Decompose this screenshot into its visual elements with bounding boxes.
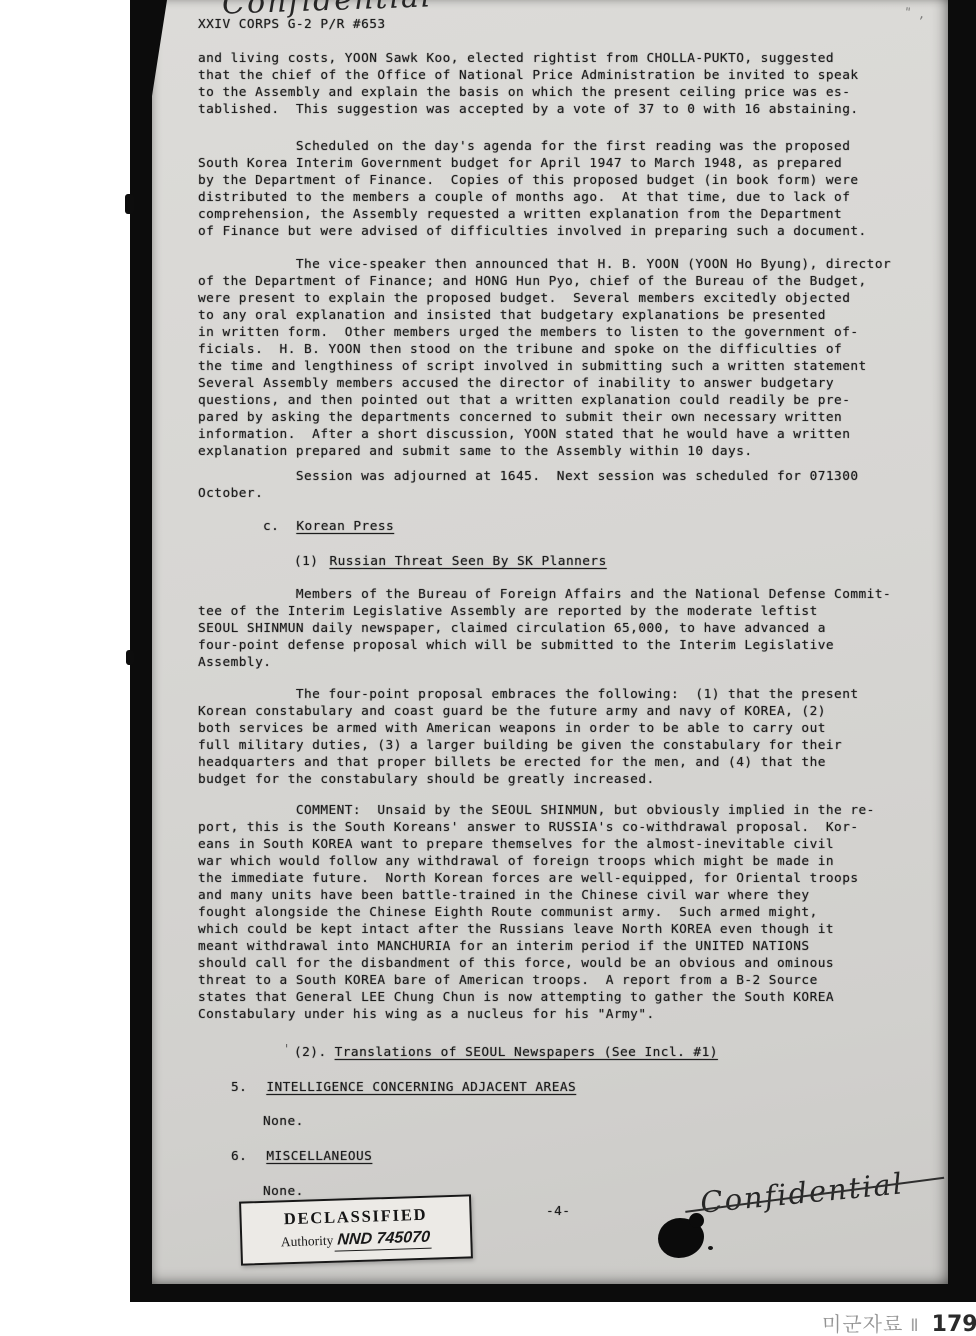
- paragraph: The four-point proposal embraces the fol…: [198, 686, 859, 788]
- paragraph: COMMENT: Unsaid by the SEOUL SHINMUN, bu…: [198, 802, 875, 1023]
- subsection-number: (2).: [294, 1045, 327, 1060]
- declassified-stamp: DECLASSIFIED AuthorityNND 745070: [239, 1194, 473, 1265]
- scan-edge-artifact: [125, 194, 134, 214]
- section-heading-adjacent-areas: 5.INTELLIGENCE CONCERNING ADJACENT AREAS: [231, 1079, 576, 1096]
- paragraph: and living costs, YOON Sawk Koo, elected…: [198, 50, 859, 118]
- section-heading-miscellaneous: 6.MISCELLANEOUS: [231, 1148, 372, 1165]
- document-paper: Confidential " , XXIV CORPS G-2 P/R #653…: [152, 0, 948, 1284]
- subsection-number: (1): [294, 554, 318, 569]
- ink-blot: [658, 1218, 704, 1258]
- stamp-title: DECLASSIFIED: [249, 1204, 462, 1231]
- stamp-authority-row: AuthorityNND 745070: [250, 1228, 463, 1255]
- caption-series: 미군자료: [822, 1312, 903, 1336]
- paper-corner-cut: [152, 0, 167, 96]
- subsection-title: Translations of SEOUL Newspapers (See In…: [335, 1045, 718, 1060]
- scanned-document-page: { "doc": { "report_id": "XXIV CORPS G-2 …: [0, 0, 976, 1336]
- handwritten-word: Confidential: [699, 1166, 906, 1219]
- caption-page-number: 179: [932, 1312, 976, 1336]
- stamp-authority-label: Authority: [281, 1233, 334, 1250]
- paragraph: The vice-speaker then announced that H. …: [198, 256, 891, 460]
- archive-caption: 미군자료Ⅱ179: [822, 1308, 976, 1336]
- handwritten-confidential-bottom: Confidential: [699, 1166, 906, 1219]
- section-title: Korean Press: [296, 519, 394, 534]
- scan-noise-mark: " ,: [903, 5, 926, 22]
- caption-volume: Ⅱ: [910, 1316, 918, 1336]
- section-title: INTELLIGENCE CONCERNING ADJACENT AREAS: [266, 1080, 576, 1095]
- paragraph: Members of the Bureau of Foreign Affairs…: [198, 586, 891, 671]
- paragraph: Session was adjourned at 1645. Next sess…: [198, 468, 859, 502]
- paragraph: Scheduled on the day's agenda for the fi…: [198, 138, 867, 240]
- section-number: 6.: [231, 1149, 247, 1164]
- stamp-authority-number: NND 745070: [335, 1229, 433, 1252]
- report-header: XXIV CORPS G-2 P/R #653: [198, 16, 386, 33]
- subsection-title: Russian Threat Seen By SK Planners: [329, 554, 606, 569]
- page-number: -4-: [546, 1203, 570, 1220]
- none-entry: None.: [263, 1113, 304, 1130]
- subsection-heading-russian-threat: (1)Russian Threat Seen By SK Planners: [294, 553, 607, 570]
- section-heading-korean-press: c.Korean Press: [263, 518, 394, 535]
- section-title: MISCELLANEOUS: [266, 1149, 372, 1164]
- subsection-heading-translations: (2).Translations of SEOUL Newspapers (Se…: [294, 1044, 718, 1061]
- section-number: 5.: [231, 1080, 247, 1095]
- none-entry: None.: [263, 1183, 304, 1200]
- scan-edge-artifact: [126, 650, 134, 665]
- scan-noise-mark: ': [283, 1042, 290, 1056]
- section-letter: c.: [263, 519, 279, 534]
- scan-black-frame: Confidential " , XXIV CORPS G-2 P/R #653…: [130, 0, 976, 1302]
